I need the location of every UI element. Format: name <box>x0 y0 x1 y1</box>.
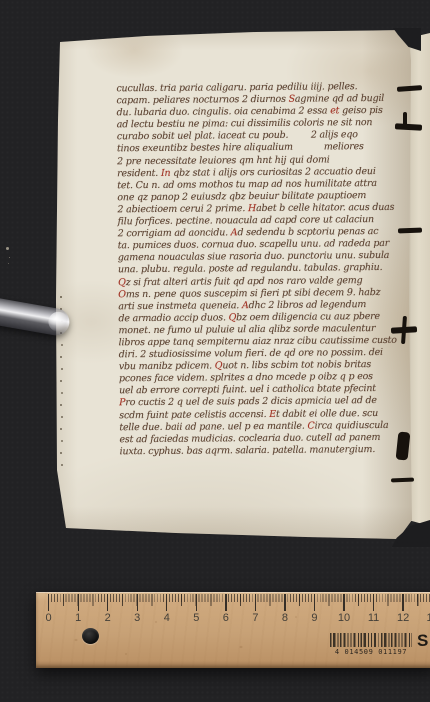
ink-text: cucullas. tria paria caligaru. paria ped… <box>116 81 357 94</box>
rubric-initial: et <box>330 106 339 117</box>
ink-text: telle due. baii ad pane. uel p ea mantil… <box>119 420 307 433</box>
glass-weight-tip-highlight <box>47 310 70 333</box>
ruler-cm-label: 13 <box>426 612 430 624</box>
ink-text: ad lectu bestiu ne pima: cui dissimilis … <box>117 117 373 130</box>
ink-text: monet. ne fumo ul puluie ul alia qlibz s… <box>118 323 375 336</box>
ruler-cm-tick <box>78 594 79 611</box>
ink-text: capam. peliares nocturnos 2 diurnos <box>116 94 288 107</box>
sewing-station <box>398 228 422 234</box>
ruler-cm-tick <box>343 594 344 611</box>
barcode: 4 014509 011197 <box>330 633 412 656</box>
sewing-station <box>391 478 414 483</box>
ruler-cm-tick <box>137 594 138 611</box>
ink-text: est ad faciedas mudicias. coclearia duo.… <box>119 432 380 445</box>
ink-text: bz oem diligencia cu auz pbere <box>236 311 380 323</box>
ink-text: t dabit ei olle due. scu <box>276 408 378 420</box>
ink-text: abet b celle hitator. acus duas <box>256 202 394 214</box>
ruler-cm-label: 12 <box>397 612 409 624</box>
barcode-bars <box>330 633 412 647</box>
ruler-cm-label: 9 <box>311 612 317 624</box>
ink-text: agmine qd ad bugil <box>295 93 384 105</box>
ruler-cm-label: 1 <box>75 612 81 624</box>
ink-text: geiso pis <box>339 105 382 116</box>
manuscript-page: cucullas. tria paria caligaru. paria ped… <box>56 30 412 542</box>
ink-text: iuxta. cyphus. bas aqrm. salaria. patell… <box>120 444 376 457</box>
ruler-cm-tick <box>373 594 374 611</box>
ink-text: resident. <box>117 168 161 179</box>
ruler-cm-tick <box>107 594 108 611</box>
rubric-initial: Q <box>118 277 126 288</box>
rubric-initial: H <box>248 203 256 214</box>
ink-text: gamena nouaculas siue rasoria duo. punct… <box>118 250 389 263</box>
ink-text: du. lubaria duo. cingulis. oia cenabima … <box>117 106 331 119</box>
ruler-cm-tick <box>284 594 285 611</box>
sewing-station <box>403 112 407 128</box>
ink-text: de armadio accip duos. <box>118 312 228 324</box>
ink-text: libros appe tanq sempiternu aiaz nraz ci… <box>119 335 397 348</box>
rubric-initial: Q <box>229 312 237 323</box>
ink-text: dhc 2 libros ad legendum <box>249 299 367 311</box>
ink-text: vbu manibz pdicem. <box>119 361 215 373</box>
photo-stage: cucullas. tria paria caligaru. paria ped… <box>0 0 430 702</box>
pricking-holes <box>60 296 62 298</box>
ink-text: 2 pre necessitate leuiores qm hnt hij qu… <box>117 154 330 167</box>
background-speck <box>6 247 9 250</box>
ink-text: tet. Cu n. ad oms mothos tu map ad nos h… <box>117 178 377 191</box>
ruler-cm-tick <box>225 594 226 611</box>
wooden-ruler: 012345678910111213 4 014509 011197 S <box>36 592 430 668</box>
ruler-cm-label: 6 <box>223 612 229 624</box>
rubric-initial: In <box>161 167 171 178</box>
ruler-cm-label: 5 <box>193 612 199 624</box>
ruler-cm-label: 10 <box>338 612 350 624</box>
ink-text: curabo sobit uel plat. iaceat cu poub. 2… <box>117 130 358 143</box>
barcode-digits: 4 014509 011197 <box>330 648 412 656</box>
ink-text: ms n. pene quos suscepim si fieri pt sib… <box>126 287 381 300</box>
ink-text: diri. 2 studiosissime volum fieri. de qd… <box>119 347 383 360</box>
ink-text: 2 abiectioem cerui 2 prime. <box>117 203 248 215</box>
ruler-cm-label: 4 <box>164 612 170 624</box>
ruler-cm-label: 11 <box>368 612 379 624</box>
manuscript-textblock: cucullas. tria paria caligaru. paria ped… <box>116 81 409 458</box>
ink-text: arti sue instmeta queneia. <box>118 300 242 312</box>
ruler-cm-label: 0 <box>46 612 52 624</box>
ink-text: d sedendu b scptoriu penas ac <box>237 226 378 238</box>
ink-text: uot n. libs scbim tot nobis britas <box>222 359 371 371</box>
ink-text: irca quidiuscula <box>315 420 389 432</box>
ruler-cm-tick <box>402 594 403 611</box>
ruler-cm-tick <box>48 594 49 611</box>
ink-text: scdm fuint pate celistis accensi. <box>119 408 269 420</box>
ink-text: tinos exeuntibz bestes hire aliqualium m… <box>117 142 364 155</box>
ink-text: 2 corrigiam ad aoncidu. <box>118 227 231 239</box>
manuscript-line: iuxta. cyphus. bas aqrm. salaria. patell… <box>120 444 410 459</box>
ink-text: pcones face videm. splrites a dno mcede … <box>119 371 373 384</box>
ruler-cm-label: 8 <box>282 612 288 624</box>
ruler-cm-tick <box>255 594 256 611</box>
rubric-initial: O <box>118 289 126 300</box>
ruler-cm-label: 3 <box>134 612 140 624</box>
ink-text: uel ab errore correpti fuint. uel i cath… <box>119 383 376 396</box>
ruler-cm-tick <box>196 594 197 611</box>
rubric-initial: Q <box>215 361 223 372</box>
ink-text: ta. pumices duos. cornua duo. scapellu u… <box>118 238 389 251</box>
ink-text: z si frat alteri artis fuit qd apd nos r… <box>126 275 363 288</box>
ink-text: una. plubu. regula. poste ad regulandu. … <box>118 262 383 275</box>
ruler-hanging-hole <box>82 628 99 644</box>
ink-text: ro cuctis 2 q uel de suis pads 2 dicis a… <box>125 395 377 408</box>
ruler-cm-tick <box>314 594 315 611</box>
ruler-cm-tick <box>166 594 167 611</box>
ink-text: filu forfices. pectine. nouacula ad capd… <box>118 214 374 227</box>
ink-text: one qz panop 2 euiusdz qbz beuiur bilita… <box>117 190 366 203</box>
ink-text: qbz stat i alijs ors curiositas 2 accuat… <box>170 166 375 179</box>
ruler-cm-label: 2 <box>105 612 111 624</box>
ruler-brand-mark: S <box>417 631 428 651</box>
ruler-cm-label: 7 <box>252 612 258 624</box>
